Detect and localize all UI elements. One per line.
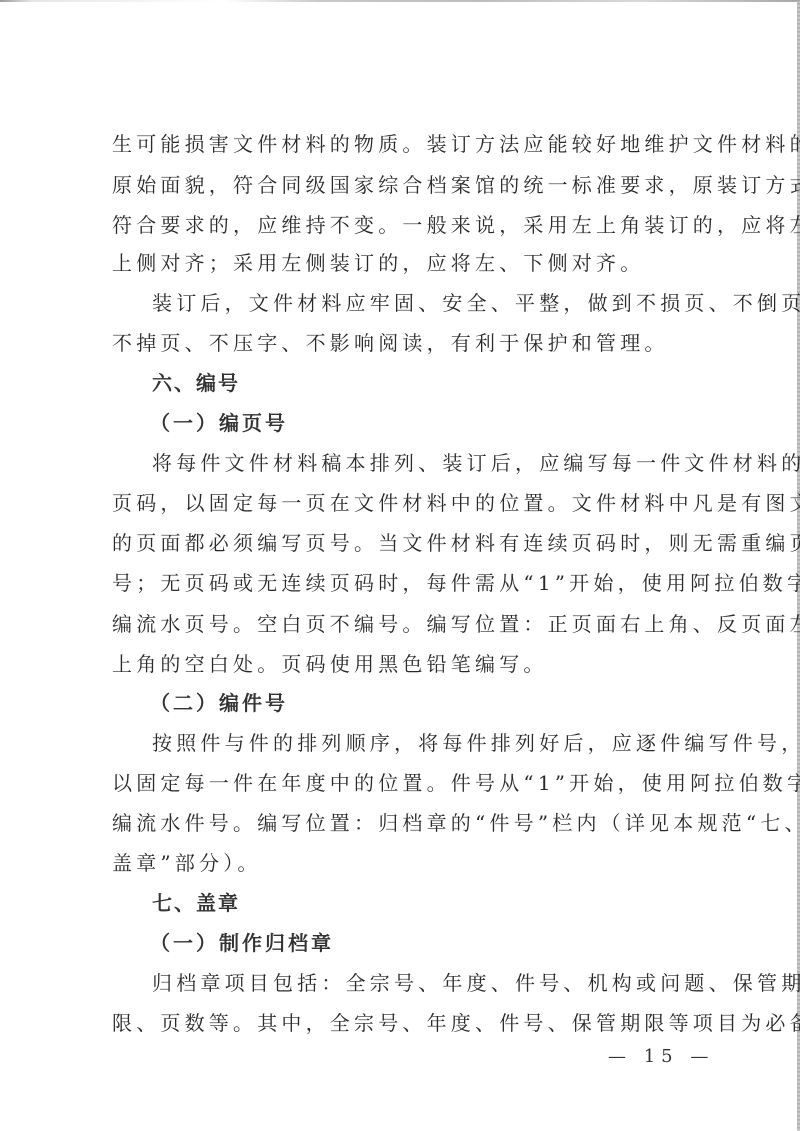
body-line: 编流水件号。编写位置：归档章的“件号”栏内（详见本规范“七、 — [112, 810, 692, 836]
subsection-heading-make-archive-stamp: （一）制作归档章 — [150, 930, 334, 956]
body-line: 原始面貌，符合同级国家综合档案馆的统一标准要求，原装订方式 — [112, 172, 692, 198]
body-line: 装订后，文件材料应牢固、安全、平整，做到不损页、不倒页、 — [152, 290, 692, 316]
body-line: 的页面都必须编写页号。当文件材料有连续页码时，则无需重编页 — [112, 530, 692, 556]
section-heading-stamping: 七、盖章 — [152, 890, 240, 916]
subsection-heading-item-numbering: （二）编件号 — [150, 690, 288, 716]
body-line: 符合要求的，应维持不变。一般来说，采用左上角装订的，应将左、 — [112, 212, 692, 238]
document-page: 生可能损害文件材料的物质。装订方法应能较好地维护文件材料的 原始面貌，符合同级国… — [0, 0, 800, 1131]
body-line: 以固定每一件在年度中的位置。件号从“1”开始，使用阿拉伯数字 — [112, 770, 692, 796]
body-line: 将每件文件材料稿本排列、装订后，应编写每一件文件材料的 — [152, 450, 692, 476]
body-line: 生可能损害文件材料的物质。装订方法应能较好地维护文件材料的 — [112, 131, 692, 157]
section-heading-numbering: 六、编号 — [152, 370, 240, 396]
body-line: 盖章”部分）。 — [112, 850, 692, 876]
body-line: 按照件与件的排列顺序，将每件排列好后，应逐件编写件号， — [152, 730, 692, 756]
body-line: 不掉页、不压字、不影响阅读，有利于保护和管理。 — [112, 330, 692, 356]
body-line: 上角的空白处。页码使用黑色铅笔编写。 — [112, 651, 692, 677]
body-line: 编流水页号。空白页不编号。编写位置：正页面右上角、反页面左 — [112, 611, 692, 637]
body-line: 号；无页码或无连续页码时，每件需从“1”开始，使用阿拉伯数字 — [112, 570, 692, 596]
body-line: 归档章项目包括：全宗号、年度、件号、机构或问题、保管期 — [152, 970, 692, 996]
body-line: 页码，以固定每一页在文件材料中的位置。文件材料中凡是有图文 — [112, 490, 692, 516]
subsection-heading-page-numbering: （一）编页号 — [150, 410, 288, 436]
body-line: 限、页数等。其中，全宗号、年度、件号、保管期限等项目为必备 — [112, 1010, 692, 1036]
page-number: — 15 — — [608, 1045, 714, 1069]
body-line: 上侧对齐；采用左侧装订的，应将左、下侧对齐。 — [112, 250, 692, 276]
